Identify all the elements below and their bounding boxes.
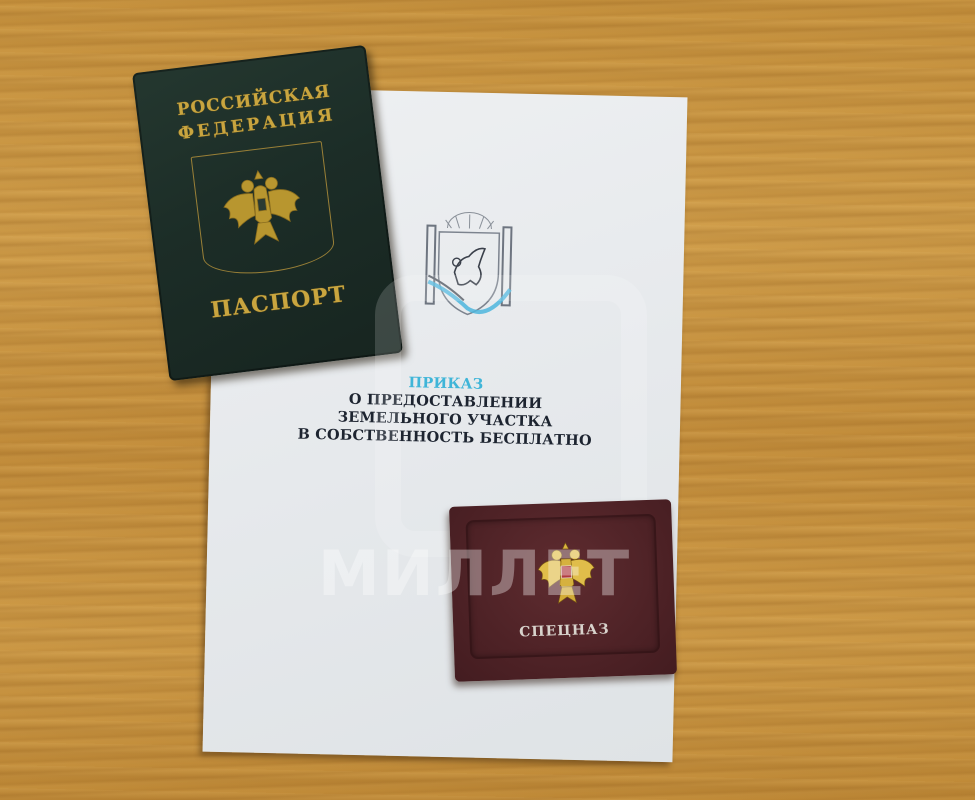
passport-cover: РОССИЙСКАЯ ФЕДЕРАЦИЯ ПАСПОРТ bbox=[132, 45, 403, 381]
document-title: ПРИКАЗ О ПРЕДОСТАВЛЕНИИ ЗЕМЕЛЬНОГО УЧАСТ… bbox=[210, 370, 682, 453]
double-headed-eagle-icon bbox=[534, 538, 598, 610]
passport-title: ПАСПОРТ bbox=[160, 275, 396, 329]
crimea-coat-of-arms-icon bbox=[417, 209, 520, 326]
double-headed-eagle-icon bbox=[207, 153, 318, 264]
id-holder: СПЕЦНАЗ bbox=[449, 499, 677, 682]
